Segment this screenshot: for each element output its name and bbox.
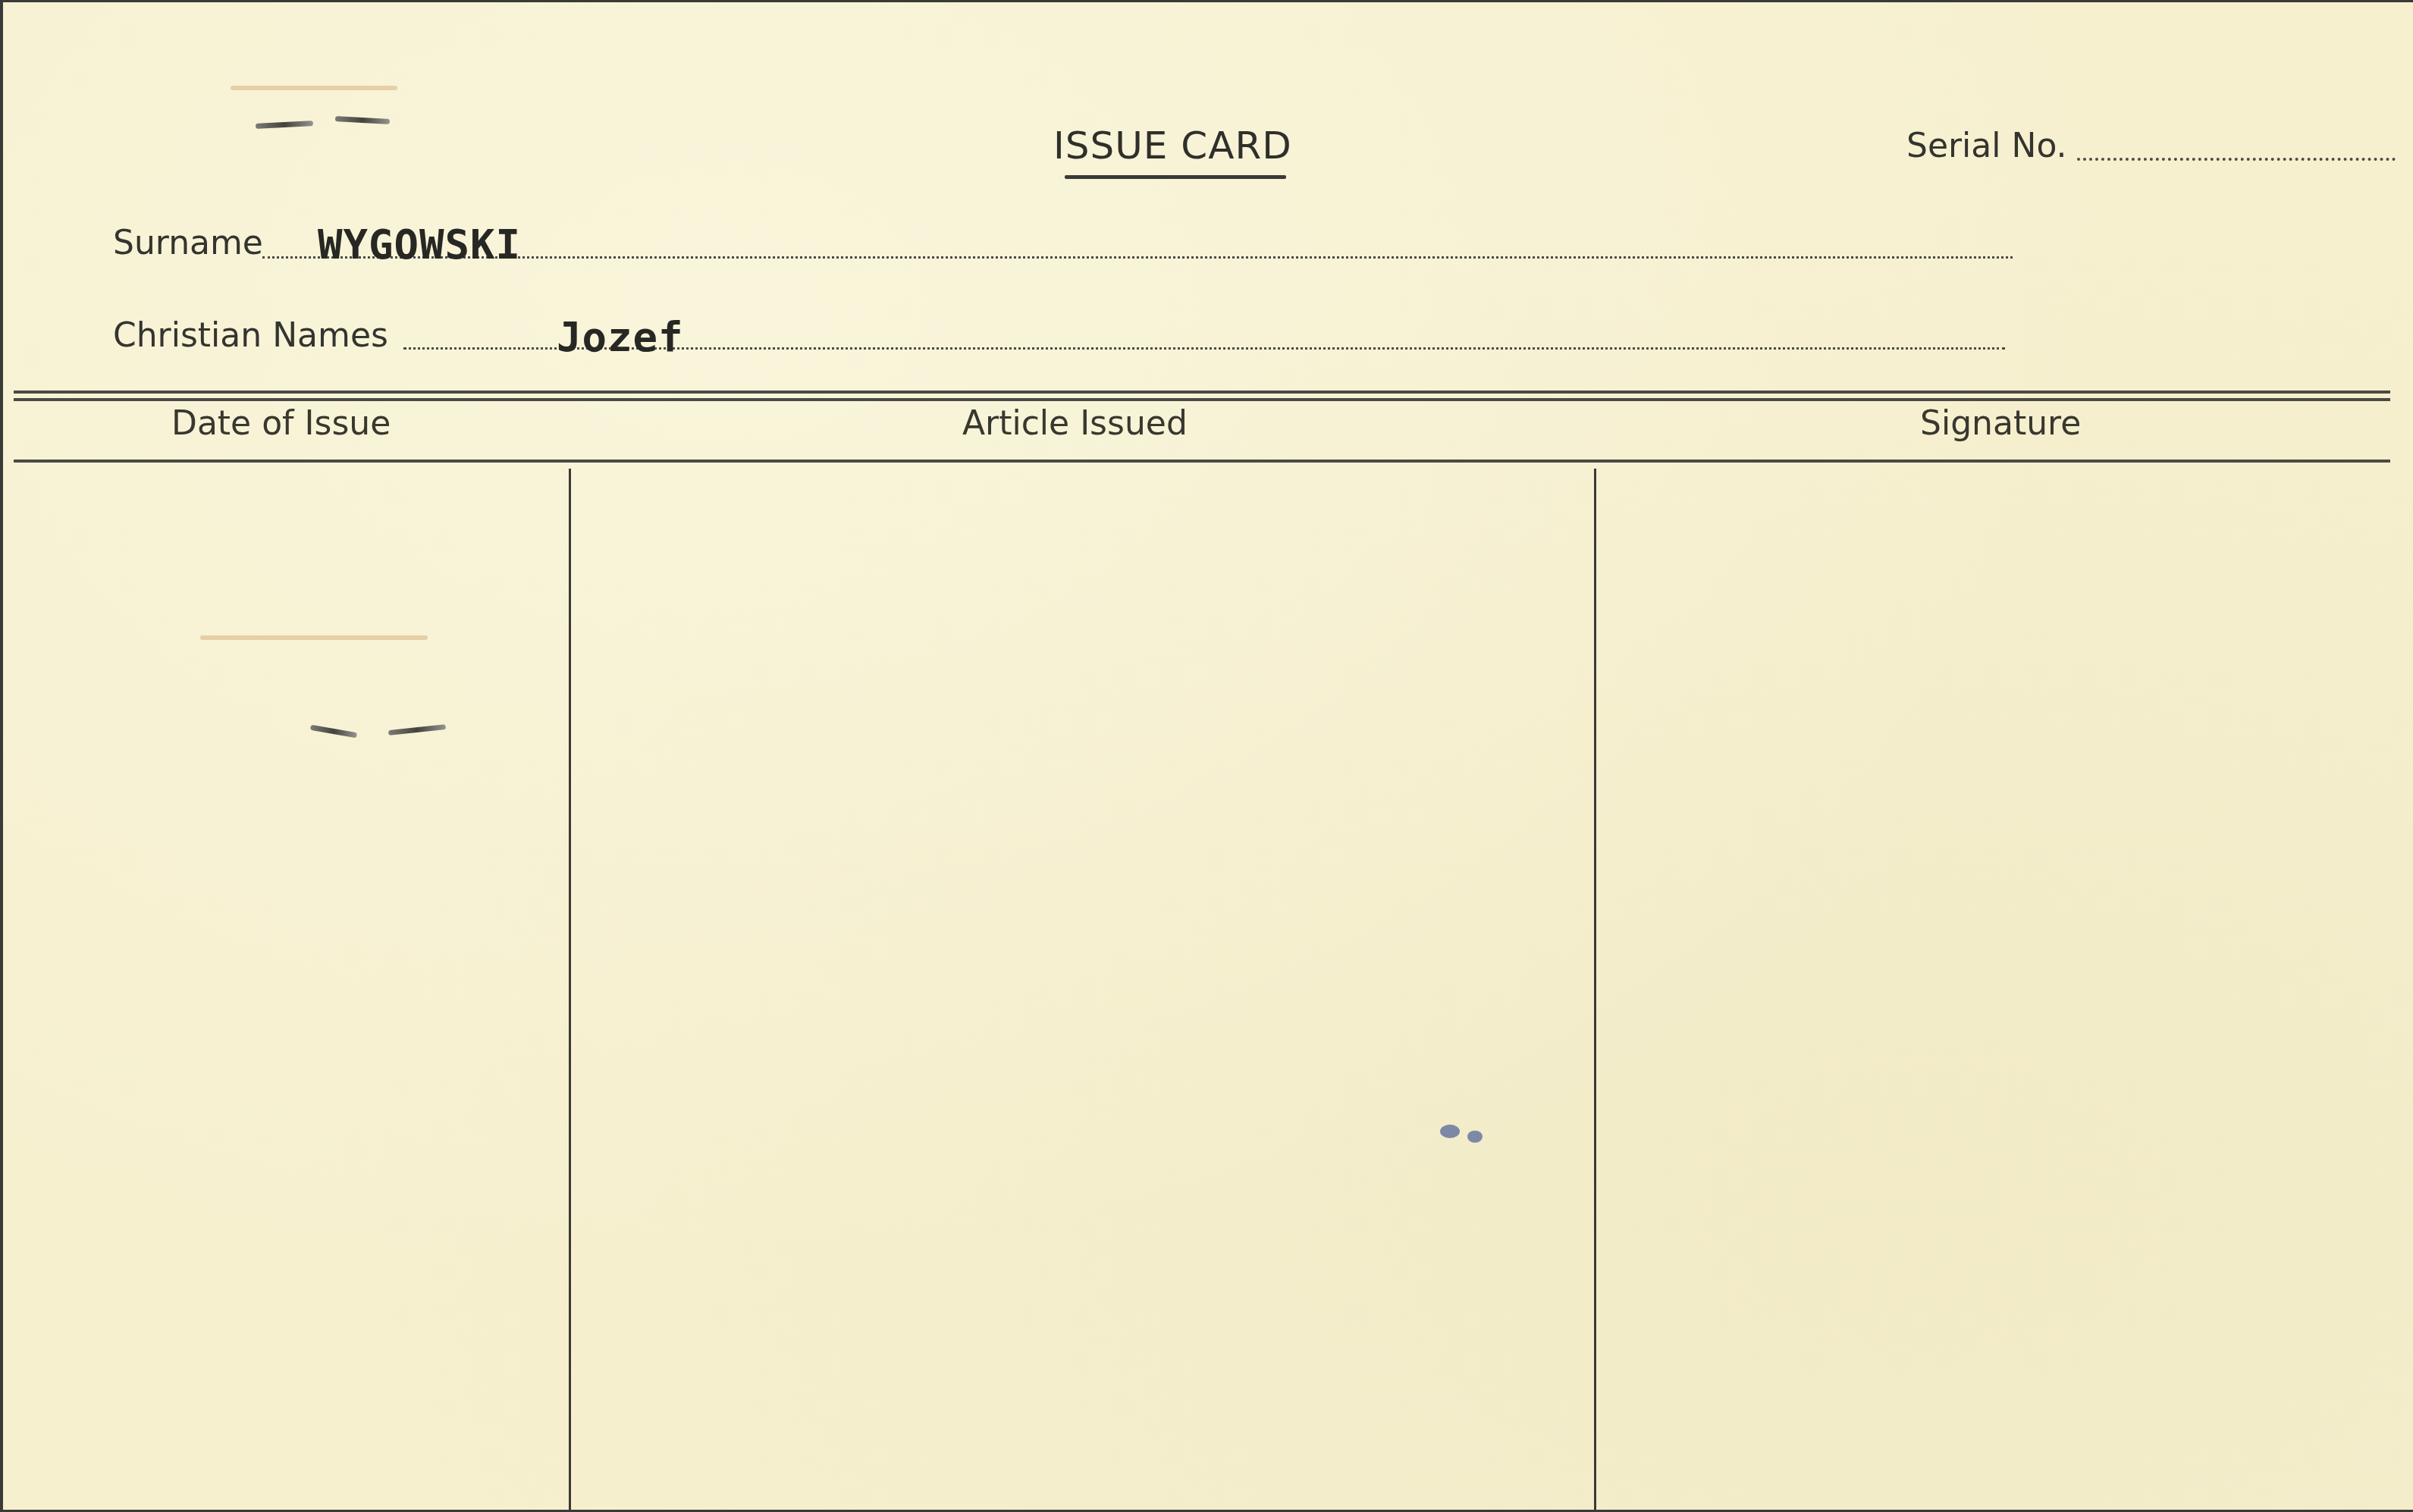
staple-mark-icon bbox=[256, 121, 313, 129]
surname-value: WYGOWSKI bbox=[318, 221, 521, 268]
issue-card: ISSUE CARD Serial No. Surname WYGOWSKI C… bbox=[0, 0, 2413, 1512]
staple-mark-icon bbox=[335, 116, 390, 124]
staple-mark-icon bbox=[310, 725, 357, 739]
staple-mark-icon bbox=[388, 724, 446, 736]
christian-names-value: Jozef bbox=[557, 313, 684, 361]
header-double-rule-bottom bbox=[14, 398, 2390, 401]
serial-number-label: Serial No. bbox=[1906, 127, 2067, 165]
header-double-rule-top bbox=[14, 391, 2390, 394]
title-underline bbox=[1065, 175, 1286, 179]
column-divider bbox=[1594, 469, 1596, 1510]
surname-field-line[interactable] bbox=[262, 256, 2013, 259]
column-header-date-of-issue: Date of Issue bbox=[171, 404, 391, 443]
rust-stain bbox=[231, 86, 397, 90]
surname-label: Surname bbox=[113, 224, 263, 262]
serial-number-field[interactable] bbox=[2077, 158, 2396, 161]
column-header-signature: Signature bbox=[1920, 404, 2081, 443]
column-header-article-issued: Article Issued bbox=[962, 404, 1188, 443]
column-divider bbox=[569, 469, 571, 1510]
ink-blot-mark bbox=[1440, 1123, 1486, 1146]
card-title: ISSUE CARD bbox=[1053, 124, 1292, 168]
christian-names-label: Christian Names bbox=[113, 316, 388, 355]
column-header-rule bbox=[14, 460, 2390, 463]
rust-stain bbox=[200, 635, 428, 640]
